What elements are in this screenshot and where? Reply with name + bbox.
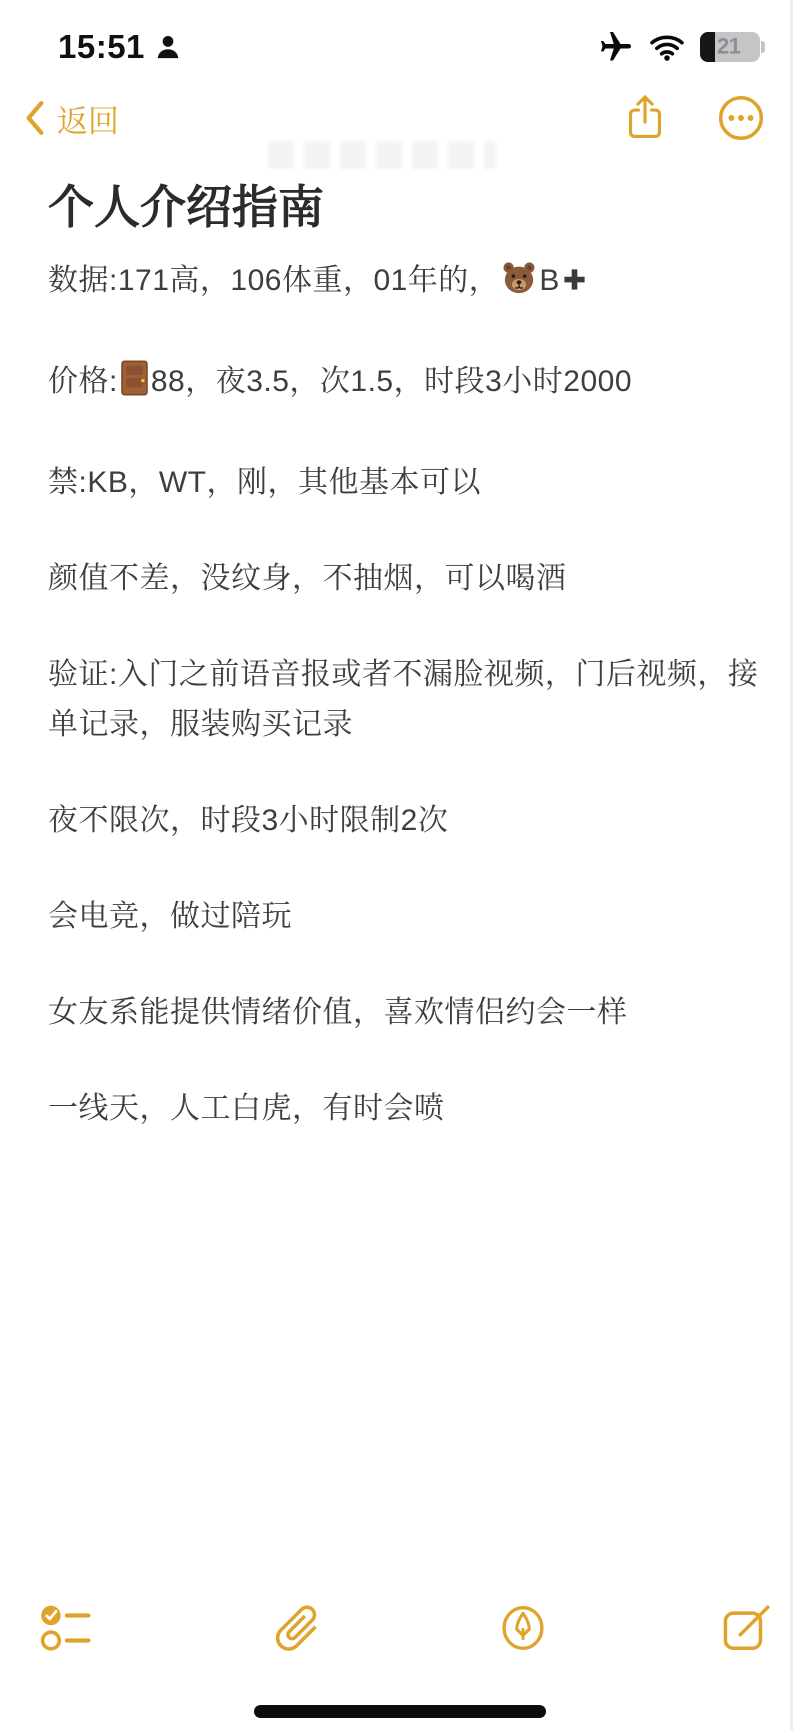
note-line-appearance[interactable]: 颜值不差，没纹身，不抽烟，可以喝酒 xyxy=(48,554,760,604)
note-line-forbidden[interactable]: 禁:KB，WT，刚，其他基本可以 xyxy=(48,458,760,508)
status-right: 21 xyxy=(598,29,760,65)
plus-cross-icon xyxy=(561,259,588,309)
wifi-icon xyxy=(649,33,685,62)
status-bar: 15:51 21 xyxy=(0,0,800,78)
note-line-girlfriend[interactable]: 女友系能提供情绪价值，喜欢情侣约会一样 xyxy=(48,988,760,1038)
home-indicator[interactable] xyxy=(254,1705,546,1718)
markup-pen-button[interactable] xyxy=(495,1600,551,1656)
nav-actions xyxy=(624,93,766,143)
note-line-verify[interactable]: 验证:入门之前语音报或者不漏脸视频，门后视频，接单记录，服装购买记录 xyxy=(48,650,760,750)
door-emoji xyxy=(121,360,148,412)
back-label: 返回 xyxy=(57,96,119,141)
back-button[interactable]: 返回 xyxy=(24,96,119,141)
data-line-middle: B xyxy=(539,264,560,297)
note-line-limits[interactable]: 夜不限次，时段3小时限制2次 xyxy=(48,796,760,846)
screenshot-edge-line xyxy=(790,0,793,1731)
checklist-button[interactable] xyxy=(38,1603,100,1653)
notes-app-screen: 15:51 21 xyxy=(0,0,800,1731)
share-icon[interactable] xyxy=(624,93,666,143)
attachment-button[interactable] xyxy=(269,1600,325,1656)
battery-fill-level xyxy=(700,32,715,62)
battery-percent: 21 xyxy=(717,33,740,59)
note-line-data[interactable]: 数据:171高，106体重，01年的，B xyxy=(48,256,760,311)
note-line-price[interactable]: 价格:88，夜3.5，次1.5，时段3小时2000 xyxy=(48,357,760,412)
note-line-last[interactable]: 一线天，人工白虎，有时会喷 xyxy=(48,1084,760,1134)
bear-emoji xyxy=(502,261,536,311)
status-time: 15:51 xyxy=(58,28,145,66)
battery-indicator: 21 xyxy=(700,32,760,62)
more-ellipsis-icon[interactable] xyxy=(716,93,766,143)
price-line-prefix: 价格: xyxy=(48,365,118,398)
nav-bar: 返回 xyxy=(0,88,800,148)
price-line-rest: 88，夜3.5，次1.5，时段3小时2000 xyxy=(151,365,632,398)
note-line-gaming[interactable]: 会电竞，做过陪玩 xyxy=(48,892,760,942)
data-line-prefix: 数据:171高，106体重，01年的， xyxy=(48,264,499,297)
bottom-toolbar xyxy=(0,1585,800,1671)
battery-nub xyxy=(761,41,765,53)
note-content[interactable]: 个人介绍指南 数据:171高，106体重，01年的，B 价格:88，夜3.5，次… xyxy=(48,178,760,1180)
compose-button[interactable] xyxy=(720,1601,774,1655)
note-title[interactable]: 个人介绍指南 xyxy=(48,178,760,236)
faint-watermark xyxy=(268,141,496,169)
airplane-mode-icon xyxy=(598,29,634,65)
person-icon xyxy=(154,33,182,61)
chevron-left-icon xyxy=(24,100,46,136)
status-left: 15:51 xyxy=(58,28,182,66)
